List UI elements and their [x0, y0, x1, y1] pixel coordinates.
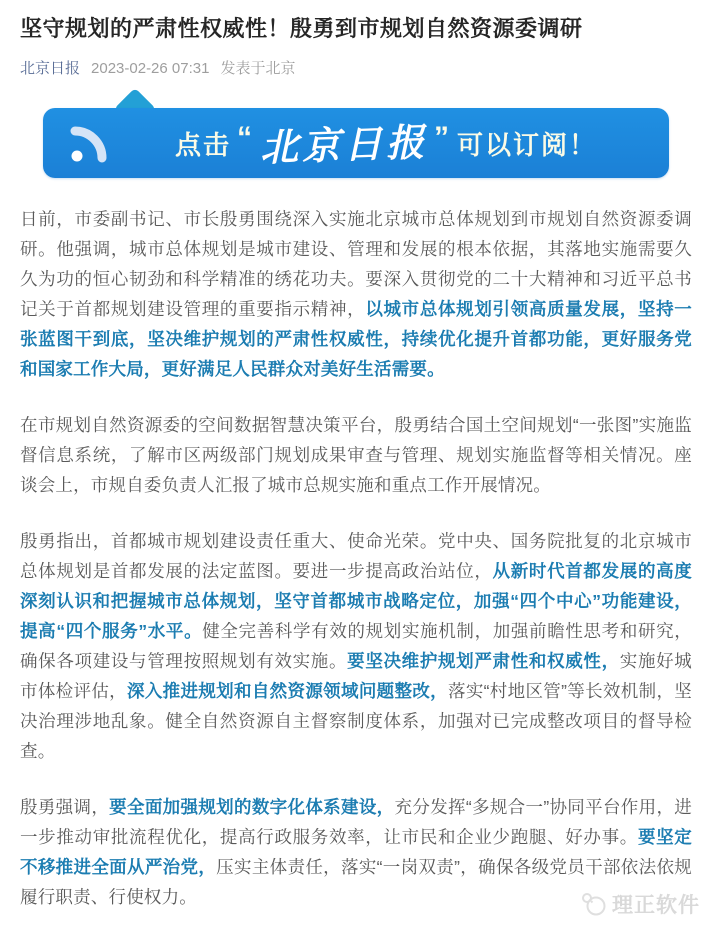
banner-suffix: 可以订阅！: [457, 125, 597, 162]
accent-text-run: 要全面加强规划的数字化体系建设，: [109, 797, 394, 817]
page-title: 坚守规划的严肃性权威性！殷勇到市规划自然资源委调研: [20, 0, 692, 44]
subscribe-banner[interactable]: 点击 “ 北京日报 ” 可以订阅！: [43, 108, 669, 178]
accent-text-run: 深入推进规划和自然资源领域问题整改，: [127, 681, 448, 701]
paragraph: 在市规划自然资源委的空间数据智慧决策平台，殷勇结合国土空间规划“一张图”实施监督…: [20, 410, 692, 500]
lizheng-logo-icon: [581, 891, 607, 917]
account-name-link[interactable]: 北京日报: [20, 57, 80, 78]
text-run: 殷勇强调，: [20, 797, 109, 817]
publish-timestamp: 2023-02-26 07:31: [91, 60, 209, 77]
paragraph: 殷勇指出，首都城市规划建设责任重大、使命光荣。党中央、国务院批复的北京城市总体规…: [20, 526, 692, 766]
publish-location: 发表于北京: [220, 57, 295, 78]
subscribe-banner-body[interactable]: 点击 “ 北京日报 ” 可以订阅！: [43, 108, 669, 178]
article-page: 坚守规划的严肃性权威性！殷勇到市规划自然资源委调研 北京日报 2023-02-2…: [0, 0, 712, 912]
text-run: 在市规划自然资源委的空间数据智慧决策平台，殷勇结合国土空间规划“一张图”实施监督…: [20, 415, 692, 495]
banner-open-quote: “: [237, 121, 254, 155]
banner-brand-logotype: 北京日报: [259, 111, 429, 172]
banner-prefix: 点击: [175, 125, 231, 162]
banner-text: 点击 “ 北京日报 ” 可以订阅！: [115, 116, 597, 171]
paragraph: 日前，市委副书记、市长殷勇围绕深入实施北京城市总体规划到市规划自然资源委调研。他…: [20, 204, 692, 384]
byline: 北京日报 2023-02-26 07:31 发表于北京: [20, 57, 692, 78]
banner-close-quote: ”: [434, 121, 451, 155]
watermark: 理正软件: [581, 889, 700, 919]
rss-icon: [68, 123, 110, 165]
accent-text-run: 要坚决维护规划严肃性和权威性，: [347, 651, 620, 671]
watermark-text: 理正软件: [612, 889, 700, 919]
article-body: 日前，市委副书记、市长殷勇围绕深入实施北京城市总体规划到市规划自然资源委调研。他…: [20, 204, 692, 912]
